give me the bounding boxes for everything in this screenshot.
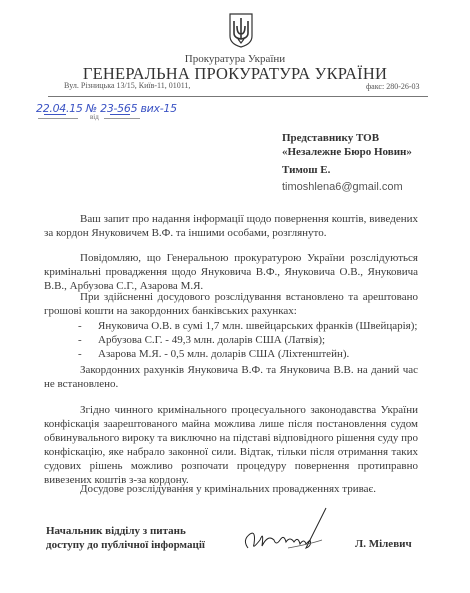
paragraph-investigations: Повідомляю, що Генеральною прокуратурою … bbox=[44, 251, 418, 293]
list-dash: - bbox=[78, 333, 82, 347]
trident-emblem-icon bbox=[228, 12, 254, 48]
recipient-email: timoshlena6@gmail.com bbox=[282, 181, 403, 193]
paragraph-arrested-funds: При здійсненні досудового розслідування … bbox=[44, 290, 418, 318]
date-field-line bbox=[38, 118, 78, 119]
list-item: -Арбузова С.Г. - 49,3 млн. доларів США (… bbox=[78, 333, 438, 347]
paragraph-confiscation: Згідно чинного кримінального процесуальн… bbox=[44, 403, 418, 487]
list-item: -Азарова М.Я. - 0,5 млн. доларів США (Лі… bbox=[78, 347, 438, 361]
handwritten-underline bbox=[110, 114, 130, 115]
recipient-organization: Представнику ТОВ «Незалежне Бюро Новин» bbox=[282, 131, 412, 159]
org-address: Вул. Різницька 13/15, Київ-11, 01011, bbox=[64, 81, 190, 90]
handwritten-underline bbox=[44, 114, 66, 115]
list-dash: - bbox=[78, 347, 82, 361]
signatory-title: Начальник відділу з питань доступу до пу… bbox=[46, 524, 205, 552]
signatory-name: Л. Мілевич bbox=[355, 538, 412, 550]
org-fax: факс: 280-26-03 bbox=[366, 82, 420, 91]
list-dash: - bbox=[78, 319, 82, 333]
paragraph-no-accounts: Закордонних рахунків Януковича В.Ф. та Я… bbox=[44, 363, 418, 391]
recipient-name: Тимош Е. bbox=[282, 164, 330, 176]
recipient-line-2: «Незалежне Бюро Новин» bbox=[282, 145, 412, 159]
paragraph-ongoing: Досудове розслідування у кримінальних пр… bbox=[44, 482, 418, 496]
header-divider bbox=[48, 96, 428, 97]
handwritten-signature-icon bbox=[240, 500, 340, 560]
number-field-line bbox=[104, 118, 140, 119]
list-item: -Януковича О.В. в сумі 1,7 млн. швейцарс… bbox=[78, 319, 438, 333]
paragraph-request: Ваш запит про надання інформації щодо по… bbox=[44, 212, 418, 240]
arrested-funds-list: -Януковича О.В. в сумі 1,7 млн. швейцарс… bbox=[78, 319, 438, 361]
from-label: від bbox=[90, 113, 99, 121]
recipient-line-1: Представнику ТОВ bbox=[282, 131, 412, 145]
